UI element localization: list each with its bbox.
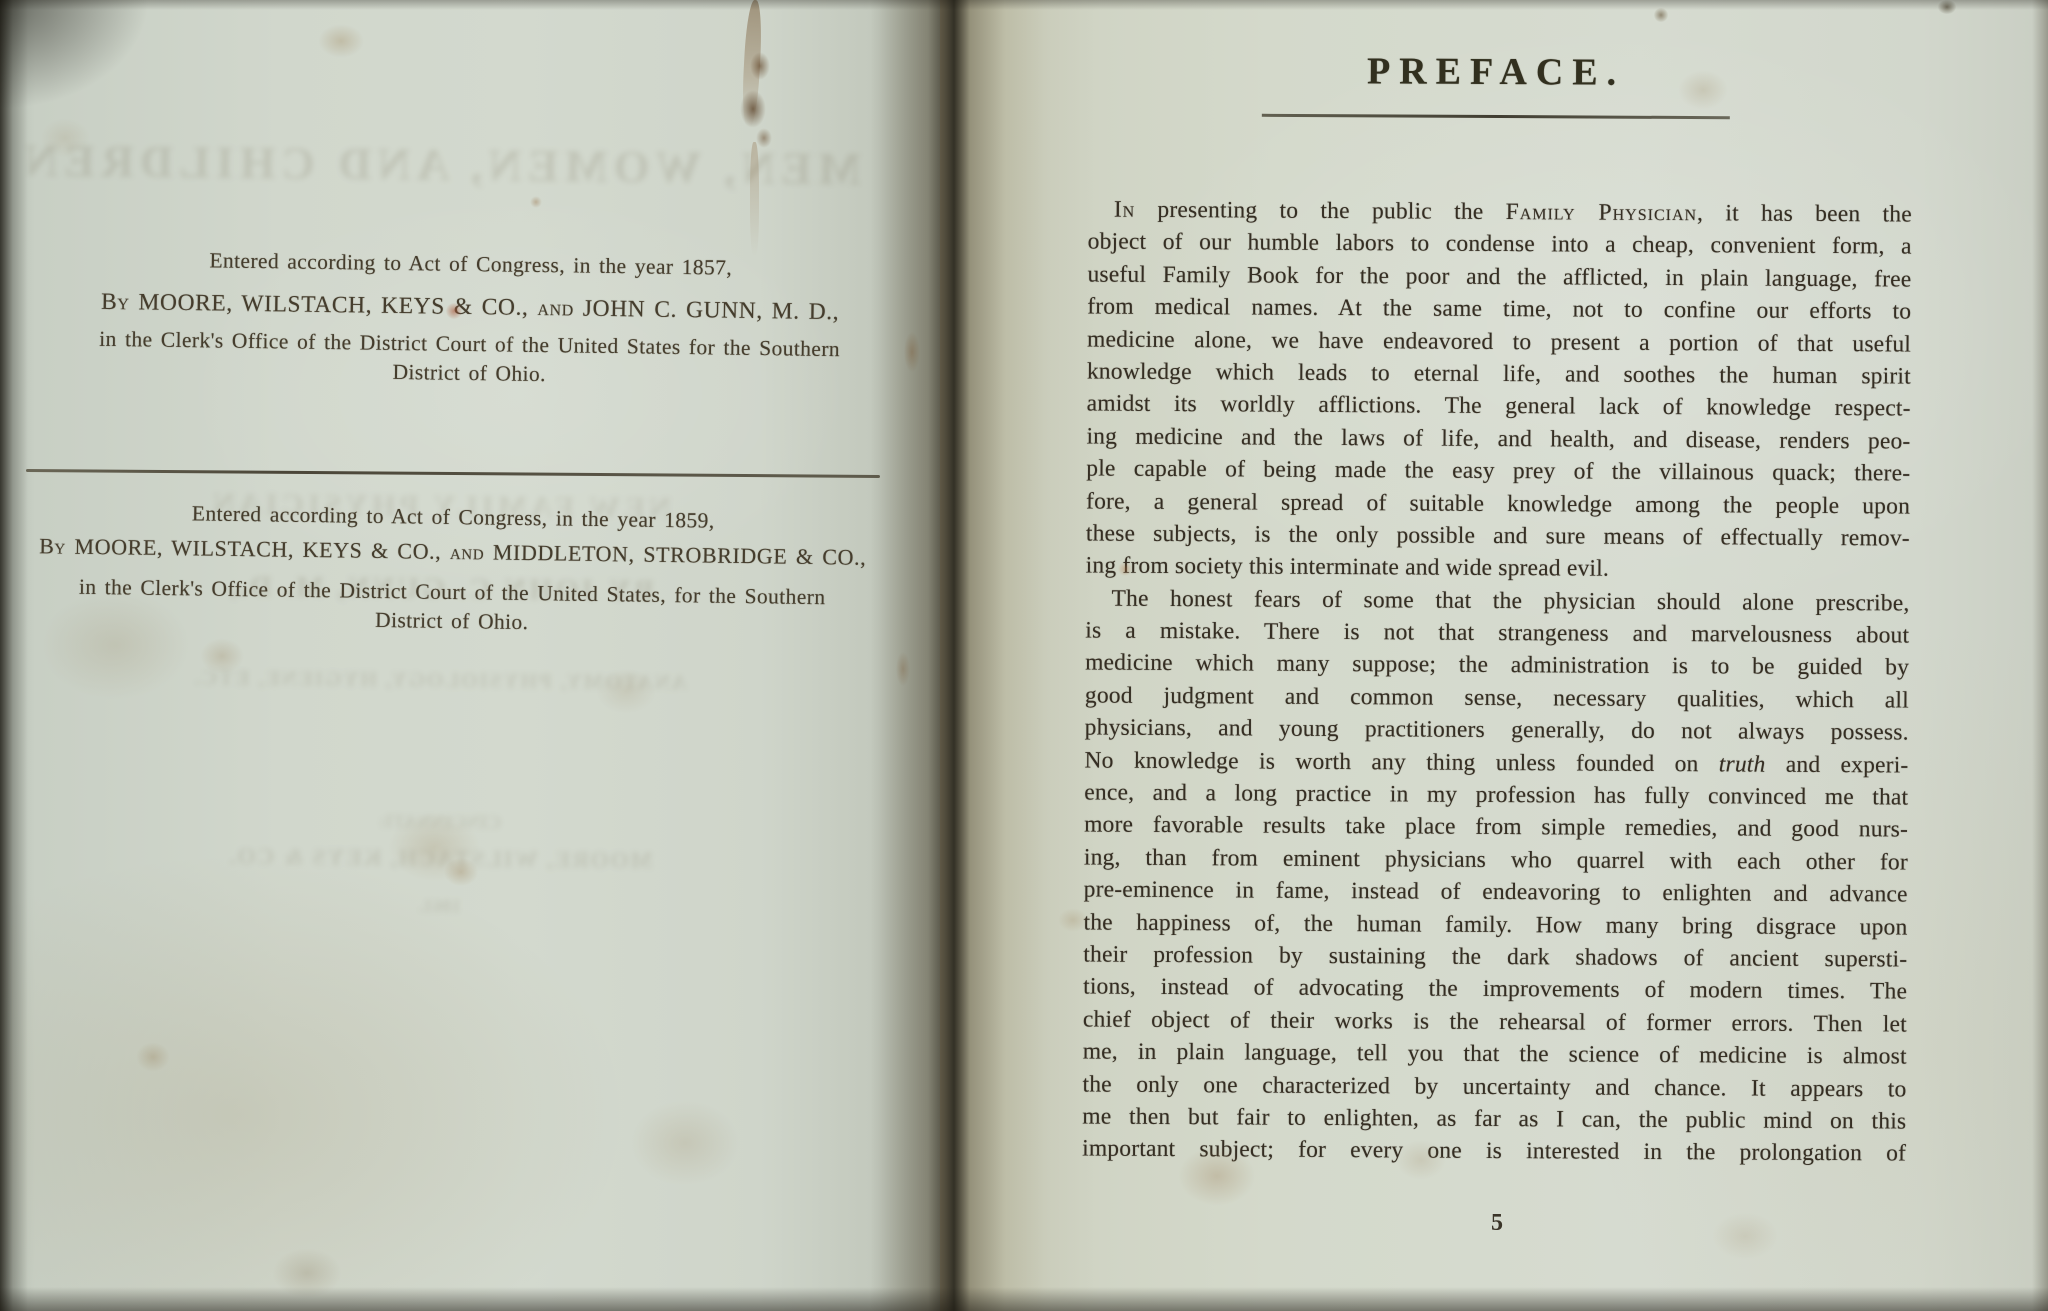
text-line: In presenting to the public the Family P…: [1088, 193, 1912, 230]
text-line: me then but fair to enlighten, as far as…: [1082, 1100, 1906, 1137]
text-line: these subjects, is the only possible and…: [1086, 517, 1910, 554]
paragraph: In presenting to the public the Family P…: [1086, 193, 1912, 587]
text-line: ing, than from eminent physicians who qu…: [1084, 841, 1908, 878]
text-line: the happiness of, the human family. How …: [1083, 906, 1907, 943]
text-line: the only one characterized by uncertaint…: [1082, 1068, 1906, 1105]
book-scan-photo: MEN, WOMEN, AND CHILDRENNEW FAMILY PHYSI…: [0, 0, 2048, 1311]
text-line: 1861.: [0, 891, 880, 922]
text-line: object of our humble labors to condense …: [1088, 226, 1912, 263]
text-line: useful Family Book for the poor and the …: [1087, 258, 1911, 295]
page-number: 5: [1085, 1210, 1909, 1237]
text-line: Entered according to Act of Congress, in…: [21, 499, 886, 536]
text-line: ence, and a long practice in my professi…: [1084, 777, 1908, 814]
text-line: Entered according to Act of Congress, in…: [46, 246, 896, 283]
text-line: CINCINNATI:: [0, 807, 880, 838]
text-line: medicine which many suppose; the adminis…: [1085, 647, 1909, 684]
page-title: PREFACE.: [1090, 48, 1902, 96]
text-line: important subject; for every one is inte…: [1082, 1133, 1906, 1170]
text-line: medicine alone, we have endeavored to pr…: [1087, 323, 1911, 360]
text-line: tions, instead of advocating the improve…: [1083, 971, 1907, 1008]
text-line: me, in plain language, tell you that the…: [1083, 1036, 1907, 1073]
text-line: By MOORE, WILSTACH, KEYS & CO., and MIDD…: [20, 533, 885, 571]
text-line: MEN, WOMEN, AND CHILDREN: [0, 133, 880, 195]
paragraph: The honest fears of some that the physic…: [1082, 582, 1910, 1170]
text-line: ing medicine and the laws of life, and h…: [1086, 420, 1910, 457]
text-line: chief object of their works is the rehea…: [1083, 1003, 1907, 1040]
preface-text: In presenting to the public the Family P…: [1082, 193, 1912, 1170]
text-line: from medical names. At the same time, no…: [1087, 291, 1911, 328]
text-line: more favorable results take place from s…: [1084, 809, 1908, 846]
divider-rule: [26, 469, 880, 478]
bleed-through-text: MEN, WOMEN, AND CHILDRENNEW FAMILY PHYSI…: [0, 0, 880, 1311]
preface-header: PREFACE.: [1090, 48, 1902, 120]
text-line: ANATOMY, PHYSIOLOGY, HYGIENE, ETC.: [0, 663, 880, 697]
copyright-entry-1857: Entered according to Act of Congress, in…: [44, 246, 896, 392]
left-page: MEN, WOMEN, AND CHILDRENNEW FAMILY PHYSI…: [0, 0, 940, 1311]
text-line: is a mistake. There is not that strangen…: [1085, 615, 1909, 652]
text-line: By MOORE, WILSTACH, KEYS & CO., and JOHN…: [45, 288, 895, 327]
text-line: ple capable of being made the easy prey …: [1086, 453, 1910, 490]
text-line: No knowledge is worth any thing unless f…: [1084, 744, 1908, 781]
copyright-entry-1859: Entered according to Act of Congress, in…: [19, 499, 886, 640]
text-line: fore, a general spread of suitable knowl…: [1086, 485, 1910, 522]
text-line: physicians, and young practitioners gene…: [1085, 712, 1909, 749]
text-line: ing from society this interminate and wi…: [1086, 550, 1910, 587]
text-line: amidst its worldly afflictions. The gene…: [1087, 388, 1911, 425]
text-line: knowledge which leads to eternal life, a…: [1087, 355, 1911, 392]
text-line: The honest fears of some that the physic…: [1085, 582, 1909, 619]
text-line: good judgment and common sense, necessar…: [1085, 679, 1909, 716]
text-line: their profession by sustaining the dark …: [1083, 938, 1907, 975]
text-line: pre-eminence in fame, instead of endeavo…: [1084, 874, 1908, 911]
text-line: MOORE, WILSTACH, KEYS & CO.: [0, 841, 880, 876]
